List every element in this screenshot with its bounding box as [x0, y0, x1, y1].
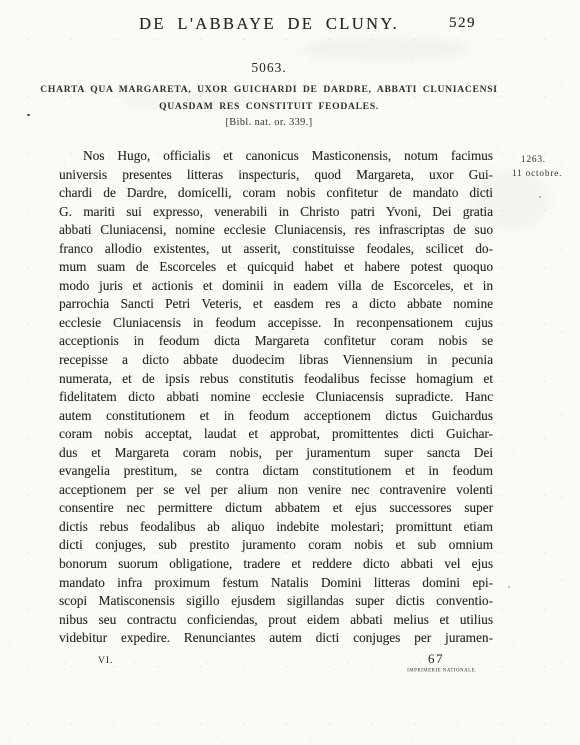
- body-text-line: ecclesie Cluniacensis in feodum accepiss…: [59, 314, 493, 333]
- page-number: 529: [449, 15, 476, 32]
- charter-number: 5063.: [53, 60, 485, 76]
- body-text-line: recepisse a dicto abbate duodecim libras…: [59, 351, 493, 370]
- scan-speck: [539, 196, 541, 198]
- body-text-line: parrochia Sancti Petri Veteris, et easde…: [59, 295, 493, 314]
- scan-smudge: [300, 38, 470, 60]
- running-title: DE L'ABBAYE DE CLUNY.: [53, 14, 485, 34]
- footer-printer-imprint: IMPRIMERIE NATIONALE.: [388, 668, 496, 673]
- body-text-line: bonorum suorum obligatione, tradere et r…: [59, 555, 493, 574]
- body-text-line: coram nobis acceptat, laudat et approbat…: [59, 425, 493, 444]
- body-text-line: chardi de Dardre, domicelli, coram nobis…: [59, 184, 493, 203]
- body-text-line: scopi Matisconensis sigillo ejusdem sigi…: [59, 592, 493, 611]
- source-reference: [Bibl. nat. or. 339.]: [53, 117, 485, 128]
- body-text-line: evangelia prestitum, se contra dictam co…: [59, 462, 493, 481]
- body-text-line: consentire nec permittere dictum abbatem…: [59, 499, 493, 518]
- body-text-line: dicti conjuges, sub prestito juramento c…: [59, 536, 493, 555]
- body-text-line: universis presentes litteras inspecturis…: [59, 166, 493, 185]
- body-text-line: franco allodio existentes, ut asserit, c…: [59, 240, 493, 259]
- body-text-line: autem constitutionem et in feodum accept…: [59, 407, 493, 426]
- body-text-line: mum suam de Escorceles et quicquid habet…: [59, 258, 493, 277]
- body-text-line: videbitur expedire. Renunciantes autem d…: [59, 629, 493, 648]
- charter-body-text: Nos Hugo, officialis et canonicus Mastic…: [59, 147, 493, 648]
- margin-note-day: 11 octobre.: [512, 167, 574, 181]
- body-text-line: dictis rebus feodalibus ab aliquo indebi…: [59, 518, 493, 537]
- body-text-line: Nos Hugo, officialis et canonicus Mastic…: [59, 147, 493, 166]
- footer-sheet-number: 67: [428, 651, 444, 667]
- scanned-book-page: DE L'ABBAYE DE CLUNY. 529 5063. CHARTA Q…: [0, 0, 580, 745]
- margin-date-note: 1263. 11 octobre.: [512, 153, 574, 181]
- body-text-line: G. mariti sui expresso, venerabili in Ch…: [59, 203, 493, 222]
- body-text-line: dus et Margareta coram nobis, per jurame…: [59, 444, 493, 463]
- body-text-line: acceptionis in feodum dicta Margareta co…: [59, 332, 493, 351]
- charter-title-line1: CHARTA QUA MARGARETA, UXOR GUICHARDI DE …: [40, 84, 498, 95]
- body-text-line: modo juris et actionis et dominii in ead…: [59, 277, 493, 296]
- body-text-line: abbati Cluniacensi, nomine ecclesie Clun…: [59, 221, 493, 240]
- body-text-line: nibus seu contractu conficiendas, prout …: [59, 611, 493, 630]
- margin-note-year: 1263.: [512, 153, 574, 167]
- scan-speck: [508, 586, 510, 588]
- scan-speck: [27, 114, 30, 116]
- body-text-line: mandato infra proximum festum Natalis Do…: [59, 574, 493, 593]
- body-text-line: acceptionem per se vel per alium non ven…: [59, 481, 493, 500]
- body-text-line: numerata, et de ipsis rebus constitutis …: [59, 370, 493, 389]
- body-text-line: fidelitatem dicto abbati nomine ecclesie…: [59, 388, 493, 407]
- charter-title-line2: QUASDAM RES CONSTITUIT FEODALES.: [40, 101, 498, 112]
- footer-volume-number: VI.: [98, 656, 113, 666]
